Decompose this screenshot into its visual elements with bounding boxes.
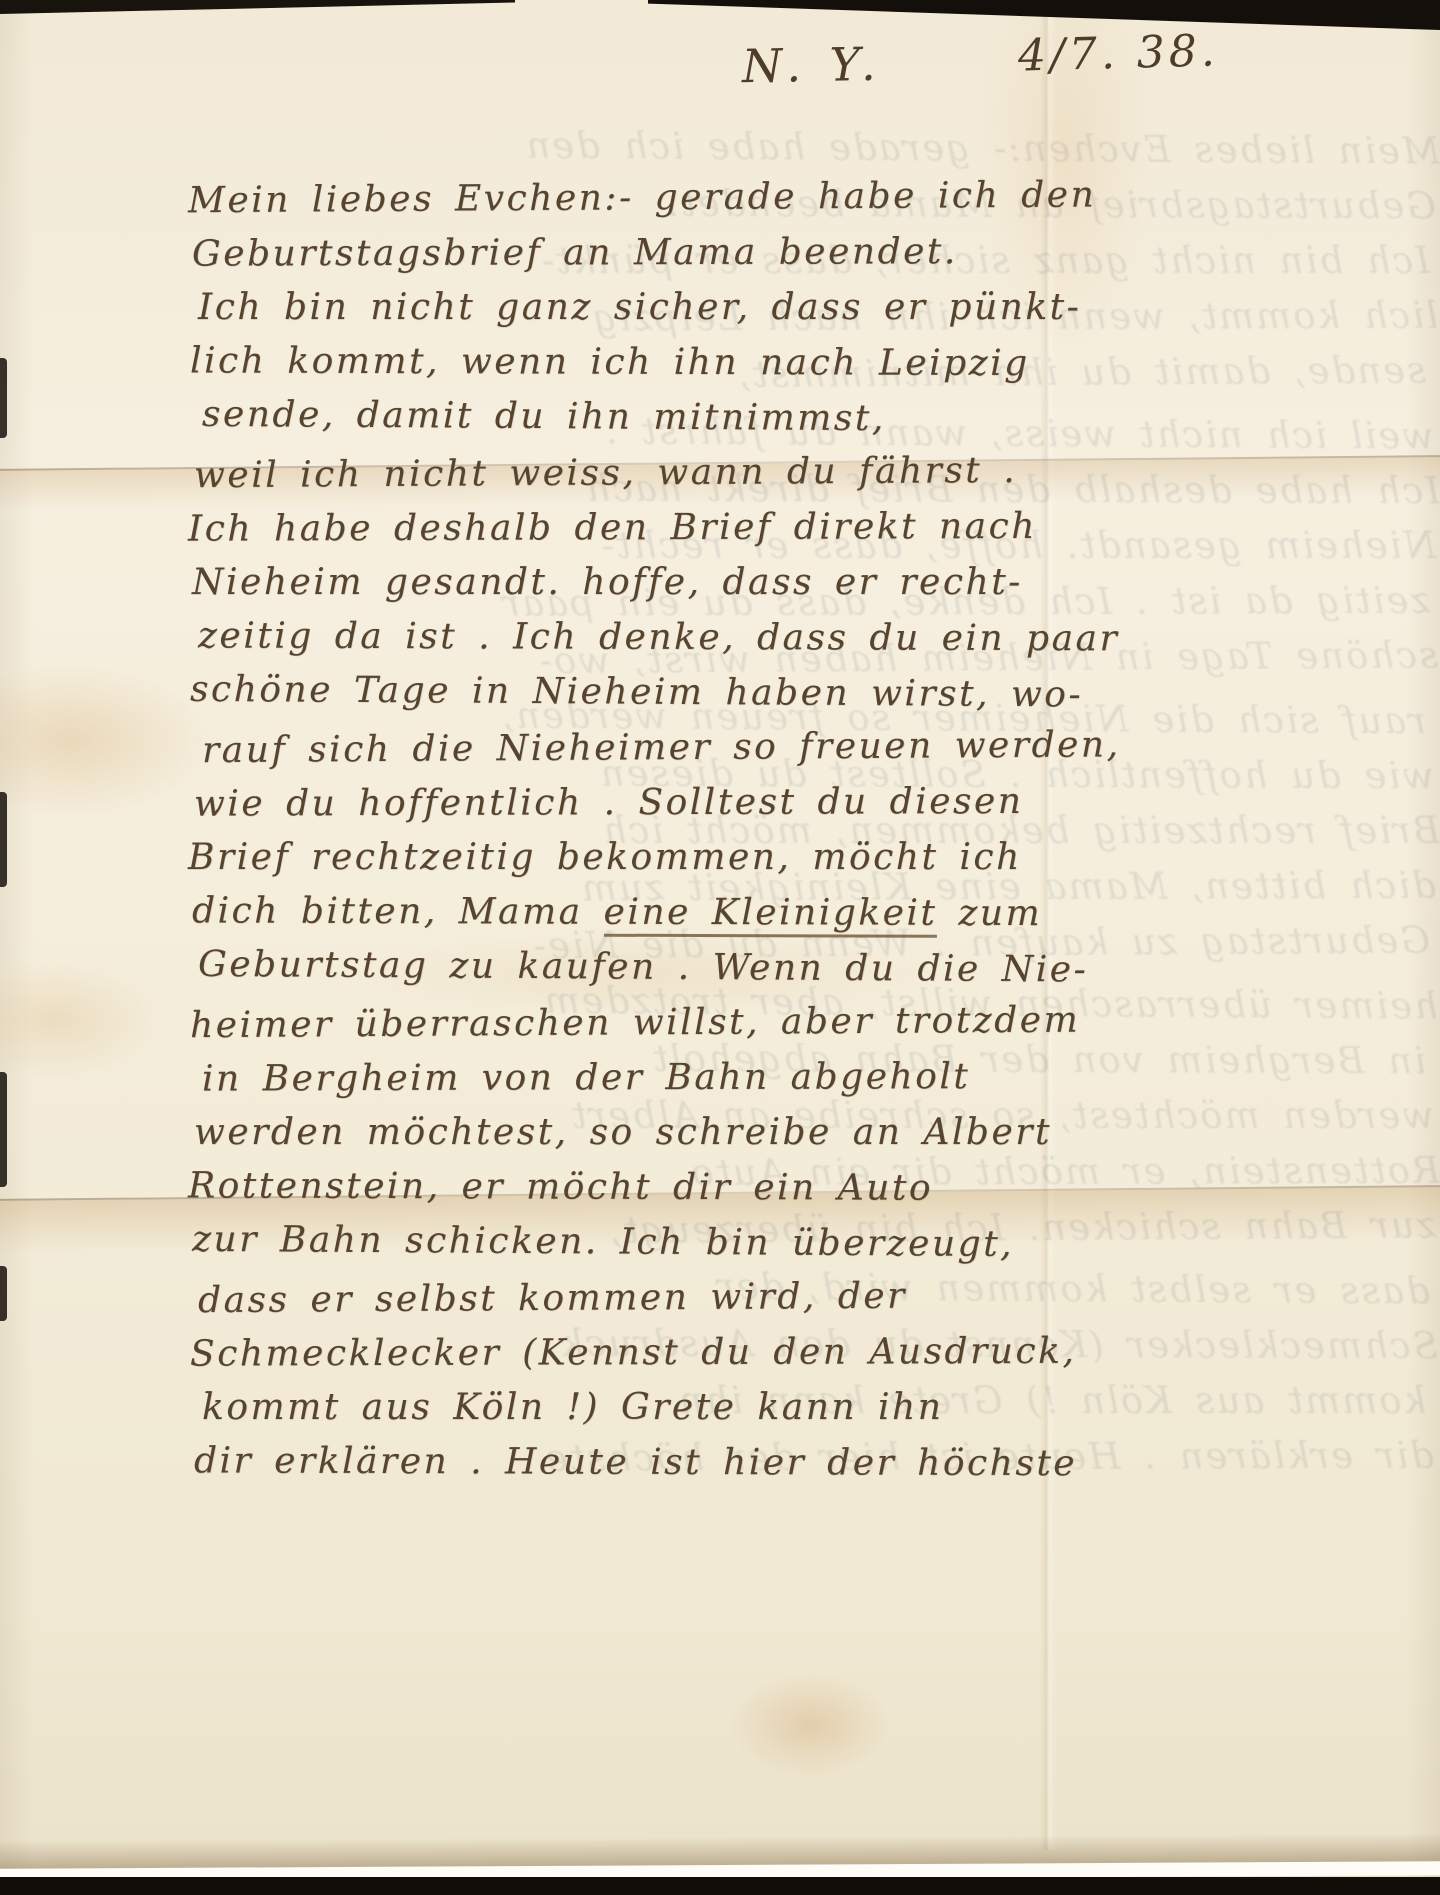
scan-edge-mark <box>0 358 7 438</box>
letter-line: Ich habe deshalb den Brief direkt nach <box>188 498 1203 556</box>
scan-edge-bottom <box>0 1877 1440 1895</box>
letter-line: Geburtstag zu kaufen . Wenn du die Nie- <box>188 937 1203 998</box>
letter-line: dir erklären . Heute ist hier der höchst… <box>188 1433 1203 1491</box>
scan-edge-mark <box>0 1072 7 1187</box>
letter-line: zur Bahn schicken. Ich bin überzeugt, <box>188 1212 1203 1273</box>
underlined-phrase: eine Kleinigkeit <box>604 892 938 938</box>
letter-line: in Bergheim von der Bahn abgeholt <box>188 1048 1203 1106</box>
dateline-date: 4/7. 38. <box>1017 25 1219 81</box>
letter-line: schöne Tage in Nieheim haben wirst, wo- <box>188 662 1203 723</box>
letter-line: Geburtstagsbrief an Mama beendet. <box>188 223 1203 281</box>
letter-dateline: N. Y. 4/7. 38. <box>0 26 1440 116</box>
letter-line: Schmecklecker (Kennst du den Ausdruck, <box>188 1323 1203 1381</box>
letter-line: rauf sich die Nieheimer so freuen werden… <box>188 717 1203 778</box>
letter-line: sende, damit du ihn mitnimmst, <box>188 387 1203 448</box>
letter-line: Ich bin nicht ganz sicher, dass er pünkt… <box>188 280 1203 335</box>
letter-line: kommt aus Köln !) Grete kann ihn <box>188 1380 1203 1435</box>
letter-line: Mein liebes Evchen:- gerade habe ich den <box>188 167 1203 228</box>
letter-line: dass er selbst kommen wird, der <box>188 1267 1203 1328</box>
letter-line: Nieheim gesandt. hoffe, dass er recht- <box>188 555 1203 610</box>
letter-line: lich kommt, wenn ich ihn nach Leipzig <box>188 333 1203 391</box>
scan-edge-mark <box>0 1266 7 1321</box>
letter-line: werden möchtest, so schreibe an Albert <box>188 1105 1203 1160</box>
letter-line: zeitig da ist . Ich denke, dass du ein p… <box>188 608 1203 666</box>
scanned-letter-page: Mein liebes Evchen:- gerade habe ich den… <box>0 0 1440 1895</box>
letter-line: dich bitten, Mama eine Kleinigkeit zum <box>188 883 1203 941</box>
letter-body-text: Mein liebes Evchen:- gerade habe ich den… <box>188 170 1203 1490</box>
letter-line: heimer überraschen willst, aber trotzdem <box>188 992 1203 1053</box>
letter-line: wie du hoffentlich . Solltest du diesen <box>188 773 1203 831</box>
dateline-place: N. Y. <box>742 37 884 93</box>
letter-line: Brief rechtzeitig bekommen, möcht ich <box>188 830 1203 885</box>
scan-edge-mark <box>0 792 7 887</box>
letter-line: Rottenstein, er möcht dir ein Auto <box>188 1158 1203 1216</box>
letter-line: weil ich nicht weiss, wann du fährst . <box>188 442 1203 503</box>
